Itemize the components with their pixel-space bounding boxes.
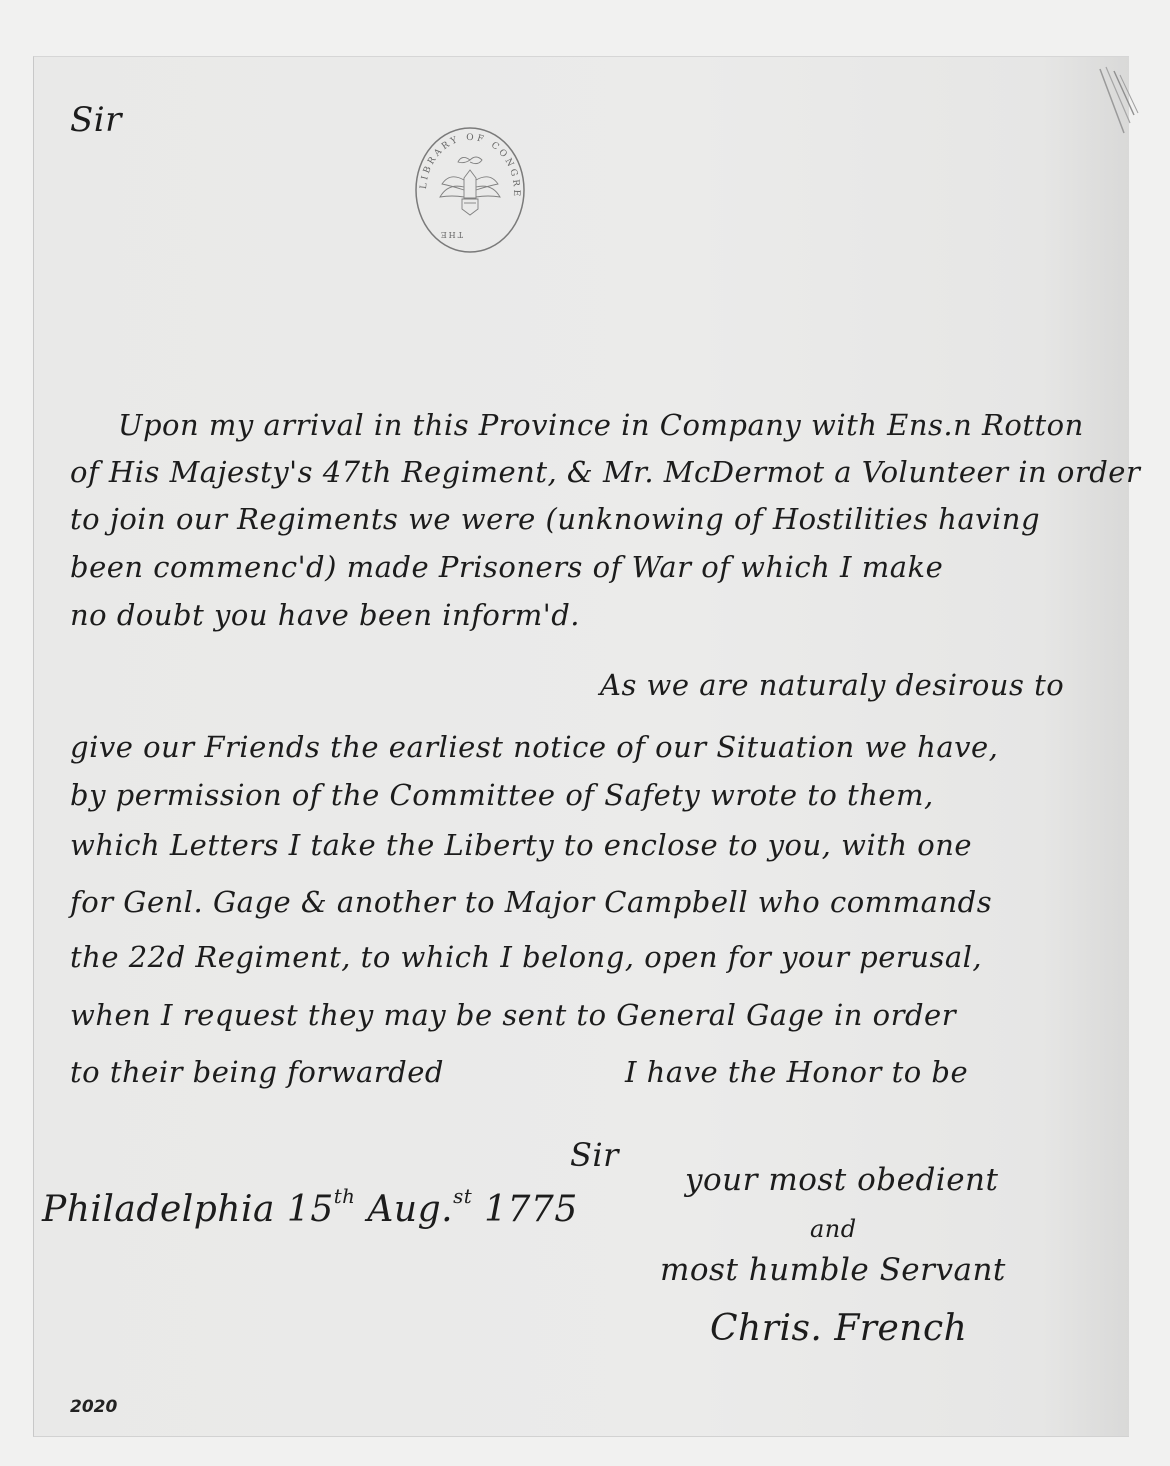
closing-honor-line: I have the Honor to be	[625, 1055, 968, 1089]
closing-line-3: most humble Servant	[660, 1252, 1006, 1288]
library-of-congress-stamp-icon: LIBRARY OF CONGRESS THE	[413, 125, 528, 255]
dateline-year: 1775	[484, 1189, 578, 1230]
letter-line-2: of His Majesty's 47th Regiment, & Mr. Mc…	[70, 455, 1140, 489]
dateline-month: Aug.	[367, 1189, 453, 1230]
letter-line-13: to their being forwarded	[70, 1055, 444, 1089]
dateline-month-suffix: st	[453, 1185, 472, 1208]
signature: Chris. French	[710, 1308, 967, 1349]
letter-line-1: Upon my arrival in this Province in Comp…	[118, 408, 1084, 442]
svg-text:LIBRARY OF CONGRESS: LIBRARY OF CONGRESS	[413, 125, 521, 199]
letter-line-6: As we are naturaly desirous to	[600, 668, 1064, 702]
dateline-day: 15	[287, 1189, 334, 1230]
letter-line-8: by permission of the Committee of Safety…	[70, 778, 934, 812]
letter-line-10: for Genl. Gage & another to Major Campbe…	[70, 885, 992, 919]
letter-line-3: to join our Regiments we were (unknowing…	[70, 502, 1040, 536]
closing-sir: Sir	[570, 1136, 619, 1174]
letter-line-4: been commenc'd) made Prisoners of War of…	[70, 550, 943, 584]
salutation: Sir	[70, 100, 122, 140]
letter-line-9: which Letters I take the Liberty to encl…	[70, 828, 972, 862]
letter-line-11: the 22d Regiment, to which I belong, ope…	[70, 940, 982, 974]
svg-text:THE: THE	[439, 230, 463, 239]
closing-line-1: your most obedient	[685, 1162, 998, 1198]
letter-line-12: when I request they may be sent to Gener…	[70, 998, 956, 1032]
letter-line-7: give our Friends the earliest notice of …	[70, 730, 998, 764]
archive-number: 2020	[70, 1397, 117, 1417]
letter-line-5: no doubt you have been inform'd.	[70, 598, 580, 632]
corner-pencil-marks	[1092, 65, 1142, 145]
dateline: Philadelphia 15th Aug.st 1775	[42, 1185, 578, 1230]
dateline-place: Philadelphia	[42, 1189, 275, 1230]
closing-line-2: and	[810, 1215, 857, 1243]
dateline-day-suffix: th	[334, 1185, 356, 1208]
